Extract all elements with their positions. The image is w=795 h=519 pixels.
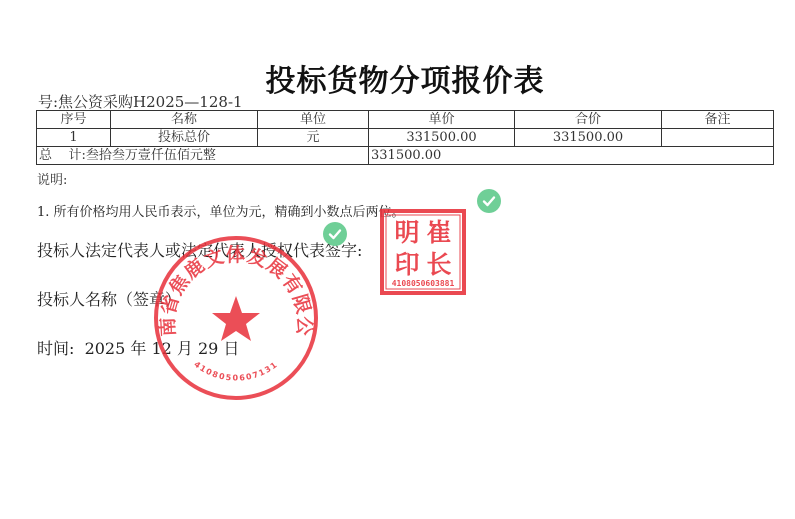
notes-label: 说明: — [37, 169, 67, 188]
header-cell: 名称 — [111, 111, 258, 129]
check-circle-icon[interactable] — [323, 222, 347, 246]
cell-total-price: 331500.00 — [515, 129, 662, 147]
total-value: 331500.00 — [369, 147, 774, 165]
table-total-row: 总 计:叁拾叁万壹仟伍佰元整 331500.00 — [37, 147, 774, 165]
seal-char: 明 — [394, 218, 419, 247]
seal-code: 4108050603881 — [392, 279, 455, 288]
header-cell: 备注 — [662, 111, 774, 129]
cell-unit: 元 — [258, 129, 369, 147]
header-cell: 单价 — [369, 111, 515, 129]
cell-name: 投标总价 — [111, 129, 258, 147]
quote-table: 序号 名称 单位 单价 合价 备注 1 投标总价 元 331500.00 331… — [36, 110, 774, 165]
personal-seal: 明 崔 印 长 4108050603881 — [380, 209, 466, 295]
seal-char: 印 — [394, 250, 419, 279]
company-seal: 河南省焦鹿文体发展有限公司 4108050607131 — [151, 233, 321, 403]
table-row: 1 投标总价 元 331500.00 331500.00 — [37, 129, 774, 147]
cell-index: 1 — [37, 129, 111, 147]
svg-text:4108050607131: 4108050607131 — [192, 360, 279, 383]
cell-remark — [662, 129, 774, 147]
seal-char: 崔 — [426, 218, 451, 247]
cell-unit-price: 331500.00 — [369, 129, 515, 147]
header-cell: 单位 — [258, 111, 369, 129]
header-cell: 合价 — [515, 111, 662, 129]
star-icon — [212, 296, 260, 341]
header-cell: 序号 — [37, 111, 111, 129]
total-label: 总 计:叁拾叁万壹仟伍佰元整 — [37, 147, 369, 165]
seal-char: 长 — [426, 250, 451, 279]
seal-code: 4108050607131 — [192, 360, 279, 383]
note-item: 1. 所有价格均用人民币表示，单位为元，精确到小数点后两位。 — [37, 201, 405, 220]
document-number: 号:焦公资采购H2025—128-1 — [38, 91, 243, 112]
check-circle-icon[interactable] — [477, 189, 501, 213]
table-header-row: 序号 名称 单位 单价 合价 备注 — [37, 111, 774, 129]
